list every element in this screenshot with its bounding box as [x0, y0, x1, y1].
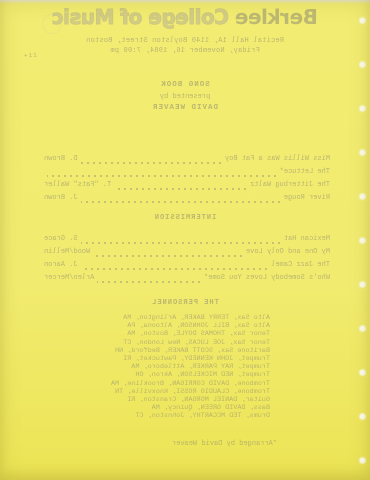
- composer-name: Wood/Mellin: [44, 246, 90, 259]
- program-line: Miss Willis Was a Fat Boy D. Brown: [44, 153, 330, 166]
- mirrored-showthrough-content: Berklee College of Music Recital Hall 1A…: [0, 0, 370, 480]
- composer-name: Arlen/Mercer: [44, 272, 94, 285]
- composer-name: J. Aaron: [44, 259, 78, 272]
- program-set-1: Miss Willis Was a Fat Boy D. Brown The L…: [44, 153, 330, 205]
- program-line: The Jitterbug Waltz T. "Fats" Waller: [44, 179, 330, 192]
- personnel-line: Trumpet, RAY PARKER, Attleboro, MA: [94, 363, 270, 371]
- song-title: Miss Willis Was a Fat Boy: [225, 153, 330, 166]
- song-title: Mexican Hat: [284, 233, 330, 246]
- personnel-line: Bass, DAVID GREEN, Quincy, MA: [94, 404, 270, 412]
- program-line: Mexican Hat S. Grace: [44, 233, 330, 246]
- personnel-line: Trumpet, JOHN KENNEDY, Pawtucket, RI: [94, 355, 270, 363]
- date-time-line: Friday, November 16, 1984, 7:00 pm: [0, 47, 370, 55]
- personnel-line: Guitar, DANIEL MORGAN, Cranston, RI: [94, 396, 270, 404]
- dot-leader: [81, 196, 281, 205]
- masthead-outline-text: College of Music: [52, 5, 235, 29]
- personnel-line: Alto Sax, BILL JOHNSON, Altoona, PA: [94, 322, 270, 330]
- composer-name: T. "Fats" Waller: [44, 179, 111, 192]
- arranger-footnote: *Arranged by David Weaver: [172, 440, 277, 448]
- composer-name: S. Grace: [44, 233, 78, 246]
- dot-leader: [114, 183, 247, 192]
- dot-leader: [97, 276, 201, 285]
- dot-leader: [81, 263, 269, 272]
- personnel-line: Tenor Sax, THOMAS DOYLE, Boston, MA: [94, 330, 270, 338]
- masthead: Berklee College of Music: [0, 5, 370, 29]
- program-line: The Jazz Camel J. Aaron: [44, 259, 330, 272]
- dot-leader: [93, 250, 243, 259]
- dot-leader: [81, 157, 222, 166]
- composer-name: D. Brown: [44, 153, 78, 166]
- song-title: My One and Only Love: [246, 246, 330, 259]
- song-title: The Jitterbug Waltz: [250, 179, 330, 192]
- personnel-line: Baritone Sax, SCOTT BAKER, Bedford, NH: [94, 347, 270, 355]
- composer-name: J. Brown: [44, 192, 78, 205]
- personnel-list: Alto Sax, TERRY BAKER, Arlington, MA Alt…: [94, 314, 270, 420]
- song-title: River Rouge: [284, 192, 330, 205]
- recital-title: SONG BOOK: [0, 81, 370, 89]
- dot-leader: [81, 237, 281, 246]
- personnel-line: Trumpet, NED MICKELSON, Akron, OH: [94, 371, 270, 379]
- scanned-program-page: +11 Berklee College of Music Recital Hal…: [0, 0, 370, 480]
- program-set-2: Mexican Hat S. Grace My One and Only Lov…: [44, 233, 330, 285]
- song-title: Who's Somebody Loves You Some*: [204, 272, 330, 285]
- presented-by-label: presented by: [0, 93, 370, 101]
- program-line: My One and Only Love Wood/Mellin: [44, 246, 330, 259]
- personnel-line: Drums, TED MCCARTHY, Johnston, CT: [94, 412, 270, 420]
- personnel-line: Alto Sax, TERRY BAKER, Arlington, MA: [94, 314, 270, 322]
- song-title: The Jazz Camel: [271, 259, 330, 272]
- masthead-bold-text: Berklee: [235, 5, 317, 29]
- personnel-heading: THE PERSONNEL: [0, 299, 370, 307]
- personnel-line: Trombone, DAVID CORRIGAN, Brookline, MA: [94, 380, 270, 388]
- program-line: The Lettuce*: [44, 166, 330, 179]
- program-line: Who's Somebody Loves You Some* Arlen/Mer…: [44, 272, 330, 285]
- intermission-heading: INTERMISSION: [0, 214, 370, 222]
- personnel-line: Trombone, CLAUDIO ROSSI, Knoxville, TN: [94, 388, 270, 396]
- venue-address-line: Recital Hall 1A, 1140 Boylston Street, B…: [0, 37, 370, 45]
- program-line: River Rouge J. Brown: [44, 192, 330, 205]
- song-title: The Lettuce*: [280, 166, 330, 179]
- personnel-line: Tenor Sax, JOE LUCAS, New London, CT: [94, 339, 270, 347]
- presenter-name: DAVID WEAVER: [0, 104, 370, 112]
- dot-leader: [47, 170, 277, 179]
